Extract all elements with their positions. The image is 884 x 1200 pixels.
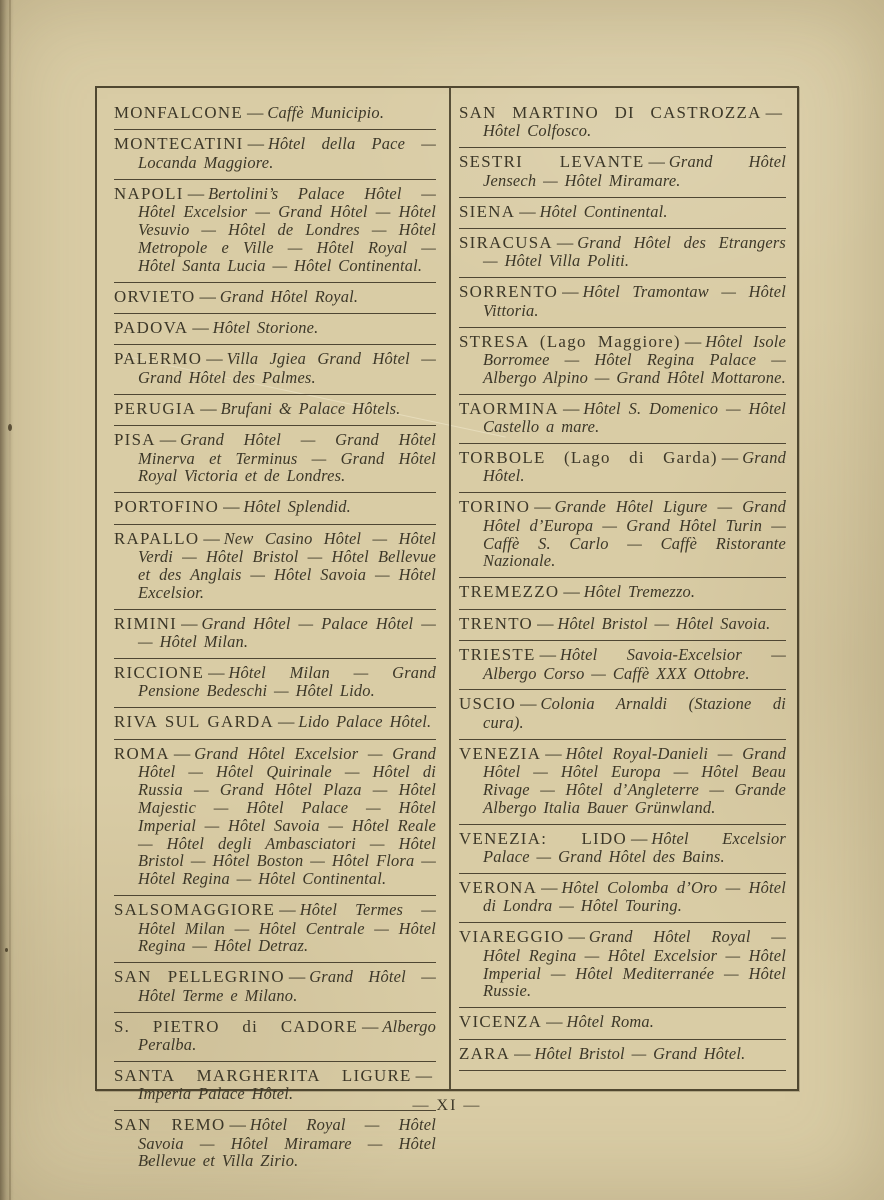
city-hotels-separator: —: [762, 103, 786, 122]
city-hotels-separator: —: [515, 202, 539, 221]
hotel-list: Brufani & Palace Hôtels.: [221, 399, 401, 418]
hotel-directory-entry: VERONA—Hôtel Colomba d’Oro — Hôtel di Lo…: [459, 873, 786, 922]
city-hotels-separator: —: [564, 927, 588, 946]
hotel-list: Hôtel Bristol — Grand Hôtel.: [535, 1044, 746, 1063]
column-left: MONFALCONE—Caffè Municipio. MONTECATINI—…: [97, 88, 451, 1089]
hotel-directory-entry: SIRACUSA—Grand Hôtel des Etrangers — Hôt…: [459, 228, 786, 277]
hotel-directory-entry: ORVIETO—Grand Hôtel Royal.: [114, 282, 436, 313]
city-name: TORINO: [459, 497, 530, 516]
city-hotels-separator: —: [530, 497, 554, 516]
city-hotels-separator: —: [177, 614, 201, 633]
hotel-directory-entry: RIVA SUL GARDA—Lido Palace Hôtel.: [114, 707, 436, 738]
city-hotels-separator: —: [558, 282, 582, 301]
city-name: PALERMO: [114, 349, 202, 368]
page-crease: [9, 0, 11, 1200]
city-name: PORTOFINO: [114, 497, 219, 516]
city-hotels-separator: —: [412, 1066, 436, 1085]
city-name: MONFALCONE: [114, 103, 243, 122]
city-name: RIVA SUL GARDA: [114, 712, 274, 731]
hotel-directory-entry: SESTRI LEVANTE—Grand Hôtel Jensech — Hôt…: [459, 147, 786, 196]
hotel-directory-entry: SAN PELLEGRINO—Grand Hôtel — Hôtel Terme…: [114, 962, 436, 1011]
hotel-directory-entry: USCIO—Colonia Arnaldi (Stazione di cura)…: [459, 689, 786, 738]
city-hotels-separator: —: [202, 349, 226, 368]
city-name: VENEZIA: LIDO: [459, 829, 627, 848]
hotel-directory-entry: TREMEZZO—Hôtel Tremezzo.: [459, 577, 786, 608]
city-name: NAPOLI: [114, 184, 184, 203]
city-hotels-separator: —: [559, 399, 583, 418]
paper-speck: [8, 424, 12, 431]
city-name: TORBOLE (Lago di Garda): [459, 448, 718, 467]
city-name: ZARA: [459, 1044, 510, 1063]
paper-speck: [5, 948, 8, 952]
city-hotels-separator: —: [285, 967, 309, 986]
hotel-list: Hôtel Continental.: [540, 202, 668, 221]
city-hotels-separator: —: [536, 645, 560, 664]
city-name: SIENA: [459, 202, 515, 221]
city-hotels-separator: —: [184, 184, 208, 203]
hotel-directory-entry: STRESA (Lago Maggiore)—Hôtel Isole Borro…: [459, 327, 786, 394]
city-hotels-separator: —: [533, 614, 557, 633]
city-name: RAPALLO: [114, 529, 199, 548]
city-name: SALSOMAGGIORE: [114, 900, 275, 919]
city-name: MONTECATINI: [114, 134, 244, 153]
city-hotels-separator: —: [219, 497, 243, 516]
page-frame: MONFALCONE—Caffè Municipio. MONTECATINI—…: [95, 86, 799, 1091]
city-hotels-separator: —: [244, 134, 268, 153]
city-name: TRENTO: [459, 614, 533, 633]
city-name: SIRACUSA: [459, 233, 553, 252]
city-hotels-separator: —: [516, 694, 540, 713]
hotel-list: Grand Hôtel Excelsior — Grand Hôtel — Hô…: [138, 744, 436, 889]
city-hotels-separator: —: [537, 878, 561, 897]
hotel-directory-entry: RICCIONE—Hôtel Milan — Grand Pensione Be…: [114, 658, 436, 707]
city-name: STRESA (Lago Maggiore): [459, 332, 681, 351]
hotel-directory-entry: TAORMINA—Hôtel S. Domenico — Hôtel Caste…: [459, 394, 786, 443]
city-name: S. PIETRO di CADORE: [114, 1017, 358, 1036]
city-name: VICENZA: [459, 1012, 542, 1031]
city-hotels-separator: —: [274, 712, 298, 731]
city-name: VIAREGGIO: [459, 927, 564, 946]
city-hotels-separator: —: [542, 1012, 566, 1031]
hotel-directory-entry: TRIESTE—Hôtel Savoia-Excelsior — Albergo…: [459, 640, 786, 689]
hotel-directory-entry: RIMINI—Grand Hôtel — Palace Hôtel — — Hô…: [114, 609, 436, 658]
hotel-list: Grand Hôtel — Grand Hôtel Minerva et Ter…: [138, 430, 436, 485]
city-hotels-separator: —: [196, 287, 220, 306]
hotel-directory-entry: MONTECATINI—Hôtel della Pace — Locanda M…: [114, 129, 436, 178]
city-name: SORRENTO: [459, 282, 558, 301]
hotel-directory-entry: NAPOLI—Bertolini’s Palace Hôtel — Hôtel …: [114, 179, 436, 282]
page-left-edge: [0, 0, 14, 1200]
city-name: PERUGIA: [114, 399, 196, 418]
footer-page-number: — XI —: [95, 1097, 799, 1115]
hotel-directory-entry: PORTOFINO—Hôtel Splendid.: [114, 492, 436, 523]
hotel-directory-entry: TORBOLE (Lago di Garda)—Grand Hôtel.: [459, 443, 786, 492]
hotel-list: Hôtel Colfosco.: [483, 121, 591, 140]
city-name: SANTA MARGHERITA LIGURE: [114, 1066, 412, 1085]
hotel-directory-entry: RAPALLO—New Casino Hôtel — Hôtel Verdi —…: [114, 524, 436, 609]
hotel-list: Hôtel Bristol — Hôtel Savoia.: [557, 614, 770, 633]
hotel-list: Caffè Municipio.: [267, 103, 384, 122]
city-hotels-separator: —: [553, 233, 577, 252]
city-hotels-separator: —: [510, 1044, 534, 1063]
city-name: VERONA: [459, 878, 537, 897]
city-name: RICCIONE: [114, 663, 204, 682]
city-hotels-separator: —: [644, 152, 668, 171]
city-hotels-separator: —: [170, 744, 194, 763]
hotel-list: Grand Hôtel Royal.: [220, 287, 358, 306]
city-name: TRIESTE: [459, 645, 536, 664]
hotel-directory-entry: S. PIETRO di CADORE—Albergo Peralba.: [114, 1012, 436, 1061]
hotel-directory-entry: PADOVA—Hôtel Storione.: [114, 313, 436, 344]
hotel-directory-entry: PISA—Grand Hôtel — Grand Hôtel Minerva e…: [114, 425, 436, 492]
hotel-directory-entry: VENEZIA: LIDO—Hôtel Excelsior Palace — G…: [459, 824, 786, 873]
city-name: SESTRI LEVANTE: [459, 152, 644, 171]
hotel-directory-entry: TORINO—Grande Hôtel Ligure — Grand Hôtel…: [459, 492, 786, 577]
hotel-directory-entry: SAN MARTINO DI CASTROZZA—Hôtel Colfosco.: [459, 99, 786, 147]
hotel-directory-entry: TRENTO—Hôtel Bristol — Hôtel Savoia.: [459, 609, 786, 640]
city-hotels-separator: —: [204, 663, 228, 682]
hotel-directory-entry: VENEZIA—Hôtel Royal-Danieli — Grand Hôte…: [459, 739, 786, 824]
hotel-list: Hôtel Splendid.: [243, 497, 350, 516]
city-name: VENEZIA: [459, 744, 541, 763]
city-name: SAN REMO: [114, 1115, 225, 1134]
column-right: SAN MARTINO DI CASTROZZA—Hôtel Colfosco.…: [451, 88, 797, 1089]
hotel-list: Lido Palace Hôtel.: [298, 712, 431, 731]
hotel-directory-entry: PERUGIA—Brufani & Palace Hôtels.: [114, 394, 436, 425]
hotel-directory-entry: SIENA—Hôtel Continental.: [459, 197, 786, 228]
city-hotels-separator: —: [243, 103, 267, 122]
hotel-list: Hôtel Storione.: [213, 318, 319, 337]
hotel-list: Hôtel Roma.: [567, 1012, 655, 1031]
hotel-directory-entry: VICENZA—Hôtel Roma.: [459, 1007, 786, 1038]
city-hotels-separator: —: [225, 1115, 249, 1134]
city-name: PISA: [114, 430, 156, 449]
city-hotels-separator: —: [358, 1017, 382, 1036]
hotel-list: Hôtel Tremezzo.: [584, 582, 695, 601]
city-hotels-separator: —: [199, 529, 223, 548]
hotel-directory-entry: VIAREGGIO—Grand Hôtel Royal — Hôtel Regi…: [459, 922, 786, 1007]
city-hotels-separator: —: [196, 399, 220, 418]
city-name: SAN PELLEGRINO: [114, 967, 285, 986]
city-hotels-separator: —: [681, 332, 705, 351]
hotel-directory-entry: SALSOMAGGIORE—Hôtel Termes — Hôtel Milan…: [114, 895, 436, 962]
city-hotels-separator: —: [541, 744, 565, 763]
city-name: ORVIETO: [114, 287, 196, 306]
city-hotels-separator: —: [627, 829, 651, 848]
city-name: TREMEZZO: [459, 582, 559, 601]
city-name: RIMINI: [114, 614, 177, 633]
city-name: PADOVA: [114, 318, 188, 337]
city-name: USCIO: [459, 694, 516, 713]
city-name: ROMA: [114, 744, 170, 763]
city-hotels-separator: —: [275, 900, 299, 919]
hotel-directory-entry: SORRENTO—Hôtel Tramontaw — Hôtel Vittori…: [459, 277, 786, 326]
city-hotels-separator: —: [156, 430, 180, 449]
hotel-directory-entry: PALERMO—Villa Jgiea Grand Hôtel — Grand …: [114, 344, 436, 393]
city-name: SAN MARTINO DI CASTROZZA: [459, 103, 762, 122]
city-name: TAORMINA: [459, 399, 559, 418]
hotel-directory-entry: MONFALCONE—Caffè Municipio.: [114, 99, 436, 129]
city-hotels-separator: —: [559, 582, 583, 601]
city-hotels-separator: —: [718, 448, 742, 467]
city-hotels-separator: —: [188, 318, 212, 337]
hotel-directory-entry: ROMA—Grand Hôtel Excelsior — Grand Hôtel…: [114, 739, 436, 896]
hotel-directory-entry: SAN REMO—Hôtel Royal — Hôtel Savoia — Hô…: [114, 1110, 436, 1177]
hotel-directory-entry: ZARA—Hôtel Bristol — Grand Hôtel.: [459, 1039, 786, 1071]
